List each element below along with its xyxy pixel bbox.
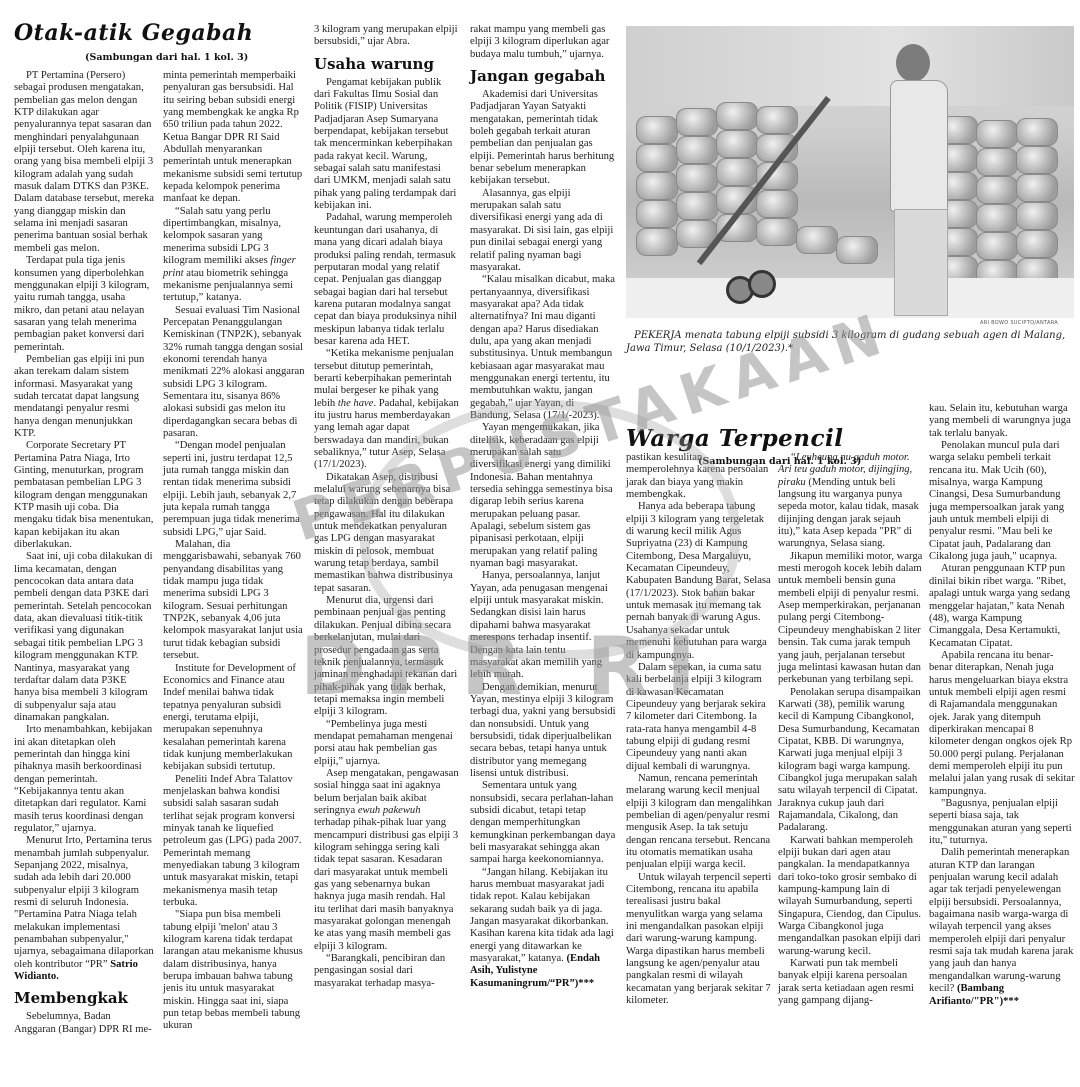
subhead-jangan-gegabah: Jangan gegabah	[470, 67, 616, 85]
paragraph: "Bagusnya, penjualan elpiji seperti bias…	[929, 798, 1075, 847]
paragraph: Penolakan muncul pula dari warga selaku …	[929, 440, 1075, 563]
article2-column-1: pastikan kesulitan memperolehnya karena …	[626, 452, 772, 1007]
paragraph: Pembelian gas elpiji ini pun akan tereka…	[14, 354, 154, 440]
paragraph: Sementara untuk yang nonsubsidi, secara …	[470, 780, 616, 866]
paragraph: “Pembelinya juga mesti mendapat pemahama…	[314, 719, 459, 768]
continuation-note: (Sambungan dari hal. 1 kol. 3)	[85, 52, 248, 63]
paragraph: minta pemerintah memperbaiki penyaluran …	[163, 70, 305, 206]
subhead-membengkak: Membengkak	[14, 989, 154, 1007]
article1-column-4: rakat mampu yang membeli gas elpiji 3 ki…	[470, 24, 616, 990]
paragraph: “Barangkali, pencibiran dan pengasingan …	[314, 953, 459, 990]
paragraph: Alasannya, gas elpiji merupakan salah sa…	[470, 188, 616, 274]
paragraph: Namun, rencana pemerintah melarang warun…	[626, 773, 772, 872]
article2-column-2: “Leuheung nu gaduh motor. Ari teu gaduh …	[778, 452, 924, 1007]
paragraph: pastikan kesulitan memperolehnya karena …	[626, 452, 772, 501]
paragraph: Terdapat pula tiga jenis konsumen yang d…	[14, 255, 154, 354]
paragraph: Institute for Development of Economics a…	[163, 663, 305, 774]
article1-column-1: PT Pertamina (Persero) sebagai produsen …	[14, 70, 154, 1036]
paragraph: “Salah satu yang perlu dipertimbangkan, …	[163, 206, 305, 305]
paragraph: Dikatakan Asep, distribusi melalui warun…	[314, 472, 459, 595]
paragraph: Asep mengatakan, pengawasan sosial hingg…	[314, 768, 459, 953]
paragraph: Malahan, dia menggarisbawahi, sebanyak 7…	[163, 539, 305, 662]
headline-warga-terpencil: Warga Terpencil	[626, 425, 844, 452]
paragraph: “Ketika mekanisme penjualan tersebut dit…	[314, 348, 459, 471]
headline-otak-atik-gegabah: Otak-atik Gegabah	[14, 20, 253, 46]
photo-credit: ARI BOWO SUCIPTO/ANTARA	[980, 320, 1058, 326]
paragraph: Sesuai evaluasi Tim Nasional Percepatan …	[163, 305, 305, 441]
paragraph: Sebelumnya, Badan Anggaran (Bangar) DPR …	[14, 1011, 154, 1036]
photo-caption: PEKERJA menata tabung elpiji subsidi 3 k…	[626, 329, 1076, 355]
subhead-usaha-warung: Usaha warung	[314, 55, 459, 73]
article1-column-3: 3 kilogram yang merupakan elpiji bersubs…	[314, 24, 459, 990]
paragraph: Apabila rencana itu benar-benar diterapk…	[929, 650, 1075, 798]
paragraph: Karwati bahkan memperoleh elpiji bukan d…	[778, 835, 924, 958]
paragraph: Untuk wilayah terpencil seperti Citembon…	[626, 872, 772, 1008]
paragraph: Saat ini, uji coba dilakukan di lima kec…	[14, 551, 154, 724]
paragraph: 3 kilogram yang merupakan elpiji bersubs…	[314, 24, 459, 49]
paragraph: “Kalau misalkan dicabut, maka pertanyaan…	[470, 274, 616, 422]
paragraph: kau. Selain itu, kebutuhan warga yang me…	[929, 403, 1075, 440]
paragraph: Pengamat kebijakan publik dari Fakultas …	[314, 77, 459, 213]
paragraph: Penolakan serupa disampaikan Karwati (38…	[778, 687, 924, 835]
paragraph: Dengan demikian, menurut Yayan, mestinya…	[470, 682, 616, 781]
paragraph: Dalih pemerintah menerapkan aturan KTP d…	[929, 847, 1075, 1007]
photo-lpg-worker	[626, 26, 1074, 318]
article2-column-3: kau. Selain itu, kebutuhan warga yang me…	[929, 403, 1075, 1008]
paragraph: Peneliti Indef Abra Talattov menjelaskan…	[163, 774, 305, 910]
paragraph: “Leuheung nu gaduh motor. Ari teu gaduh …	[778, 452, 924, 551]
paragraph: Hanya, persoalannya, lanjut Yayan, ada p…	[470, 570, 616, 681]
paragraph: Menurut Irto, Pertamina terus menambah j…	[14, 835, 154, 983]
paragraph: “Jangan hilang. Kebijakan itu harus memb…	[470, 867, 616, 990]
paragraph: "Siapa pun bisa membeli tabung elpiji 'm…	[163, 909, 305, 1032]
paragraph: Aturan penggunaan KTP pun dinilai bikin …	[929, 563, 1075, 649]
paragraph: Irto menambahkan, kebijakan ini akan dit…	[14, 724, 154, 835]
paragraph: Hanya ada beberapa tabung elpiji 3 kilog…	[626, 501, 772, 661]
paragraph: Yayan mengemukakan, jika ditelisik, kebe…	[470, 422, 616, 570]
paragraph: “Dengan model penjualan seperti ini, jus…	[163, 440, 305, 539]
paragraph: Akademisi dari Universitas Padjadjaran Y…	[470, 89, 616, 188]
paragraph: PT Pertamina (Persero) sebagai produsen …	[14, 70, 154, 255]
paragraph: Dalam sepekan, ia cuma satu kali berbela…	[626, 662, 772, 773]
paragraph: Corporate Secretary PT Pertamina Patra N…	[14, 440, 154, 551]
article1-column-2: minta pemerintah memperbaiki penyaluran …	[163, 70, 305, 1033]
paragraph: Menurut dia, urgensi dari pembinaan penj…	[314, 595, 459, 718]
newspaper-page: Otak-atik Gegabah (Sambungan dari hal. 1…	[0, 0, 1080, 1087]
worker-figure	[876, 44, 956, 314]
paragraph: rakat mampu yang membeli gas elpiji 3 ki…	[470, 24, 616, 61]
paragraph: Jikapun memiliki motor, warga mesti mero…	[778, 551, 924, 687]
paragraph: Karwati pun tak membeli banyak elpiji ka…	[778, 958, 924, 1007]
paragraph: Padahal, warung memperoleh keuntungan da…	[314, 212, 459, 348]
